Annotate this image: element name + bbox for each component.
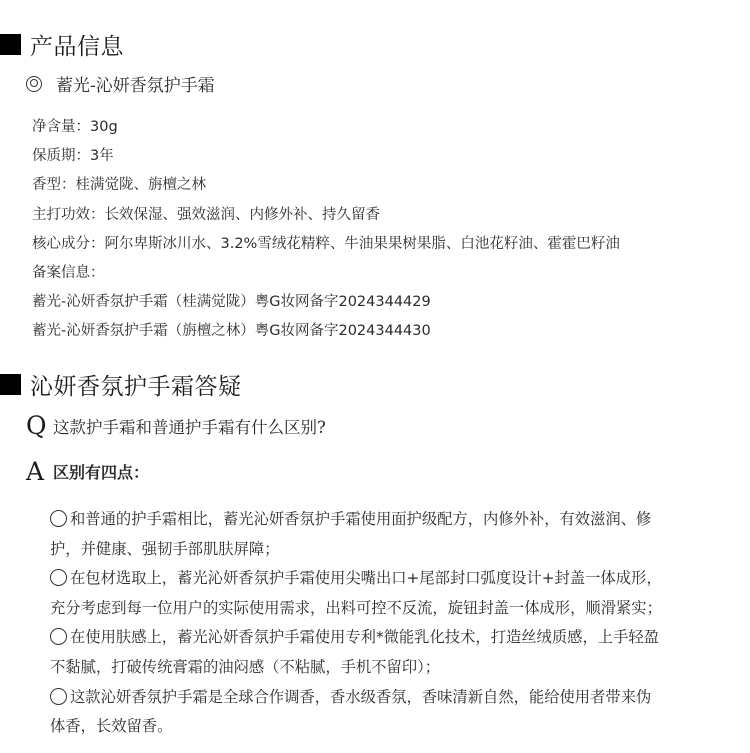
square-bullet-icon	[0, 374, 21, 395]
answer-point-3: 在使用肤感上，蓄光沁妍香氛护手霜使用专利*微能乳化技术，打造丝绒质感，上手轻盈	[50, 623, 730, 653]
info-shelf-life: 保质期：3年	[32, 142, 620, 171]
answer-point-2-cont: 充分考虑到每一位用户的实际使用需求，出料可控不反流，旋钮封盖一体成形，顺滑紧实；	[50, 594, 730, 624]
product-name-row: 蓄光-沁妍香氛护手霜	[26, 71, 215, 96]
faq-title: 沁妍香氛护手霜答疑	[30, 368, 242, 401]
answer-intro-row: A 区别有四点：	[26, 457, 149, 486]
circle-bullet-icon	[50, 628, 67, 645]
info-registration-label: 备案信息：	[32, 259, 620, 288]
product-info-title: 产品信息	[30, 28, 124, 61]
question-text: 这款护手霜和普通护手霜有什么区别?	[53, 414, 326, 438]
answer-point-4-cont: 体香，长效留香。	[50, 712, 730, 742]
double-circle-icon	[26, 76, 42, 92]
circle-bullet-icon	[50, 569, 67, 586]
a-letter: A	[26, 457, 46, 486]
product-info-heading: 产品信息	[0, 28, 124, 61]
square-bullet-icon	[0, 34, 21, 55]
q-letter: Q	[26, 411, 46, 440]
faq-heading: 沁妍香氛护手霜答疑	[0, 368, 242, 401]
info-fragrance: 香型：桂满觉陇、旃檀之林	[32, 171, 620, 200]
product-info-list: 净含量：30g 保质期：3年 香型：桂满觉陇、旃檀之林 主打功效：长效保湿、强效…	[32, 113, 620, 347]
answer-list: 和普通的护手霜相比，蓄光沁妍香氛护手霜使用面护级配方，内修外补，有效滋润、修 护…	[50, 505, 730, 742]
circle-bullet-icon	[50, 510, 67, 527]
answer-point-2: 在包材选取上，蓄光沁妍香氛护手霜使用尖嘴出口+尾部封口弧度设计+封盖一体成形，	[50, 564, 730, 594]
answer-point-4: 这款沁妍香氛护手霜是全球合作调香，香水级香氛，香味清新自然，能给使用者带来伪	[50, 683, 730, 713]
product-name: 蓄光-沁妍香氛护手霜	[56, 71, 215, 96]
answer-point-3-cont: 不黏腻，打破传统膏霜的油闷感（不粘腻，手机不留印）；	[50, 653, 730, 683]
answer-point-1: 和普通的护手霜相比，蓄光沁妍香氛护手霜使用面护级配方，内修外补，有效滋润、修	[50, 505, 730, 535]
question-row: Q 这款护手霜和普通护手霜有什么区别?	[26, 411, 326, 440]
answer-intro: 区别有四点：	[53, 460, 149, 483]
info-registration-2: 蓄光-沁妍香氛护手霜（旃檀之林）粤G妆网备字2024344430	[32, 317, 620, 346]
info-net-weight: 净含量：30g	[32, 113, 620, 142]
info-core-ingredients: 核心成分：阿尔卑斯冰川水、3.2%雪绒花精粹、牛油果果树果脂、白池花籽油、霍霍巴…	[32, 230, 620, 259]
circle-bullet-icon	[50, 688, 67, 705]
info-registration-1: 蓄光-沁妍香氛护手霜（桂满觉陇）粤G妆网备字2024344429	[32, 288, 620, 317]
answer-point-1-cont: 护，并健康、强韧手部肌肤屏障；	[50, 535, 730, 565]
info-main-effects: 主打功效：长效保湿、强效滋润、内修外补、持久留香	[32, 201, 620, 230]
